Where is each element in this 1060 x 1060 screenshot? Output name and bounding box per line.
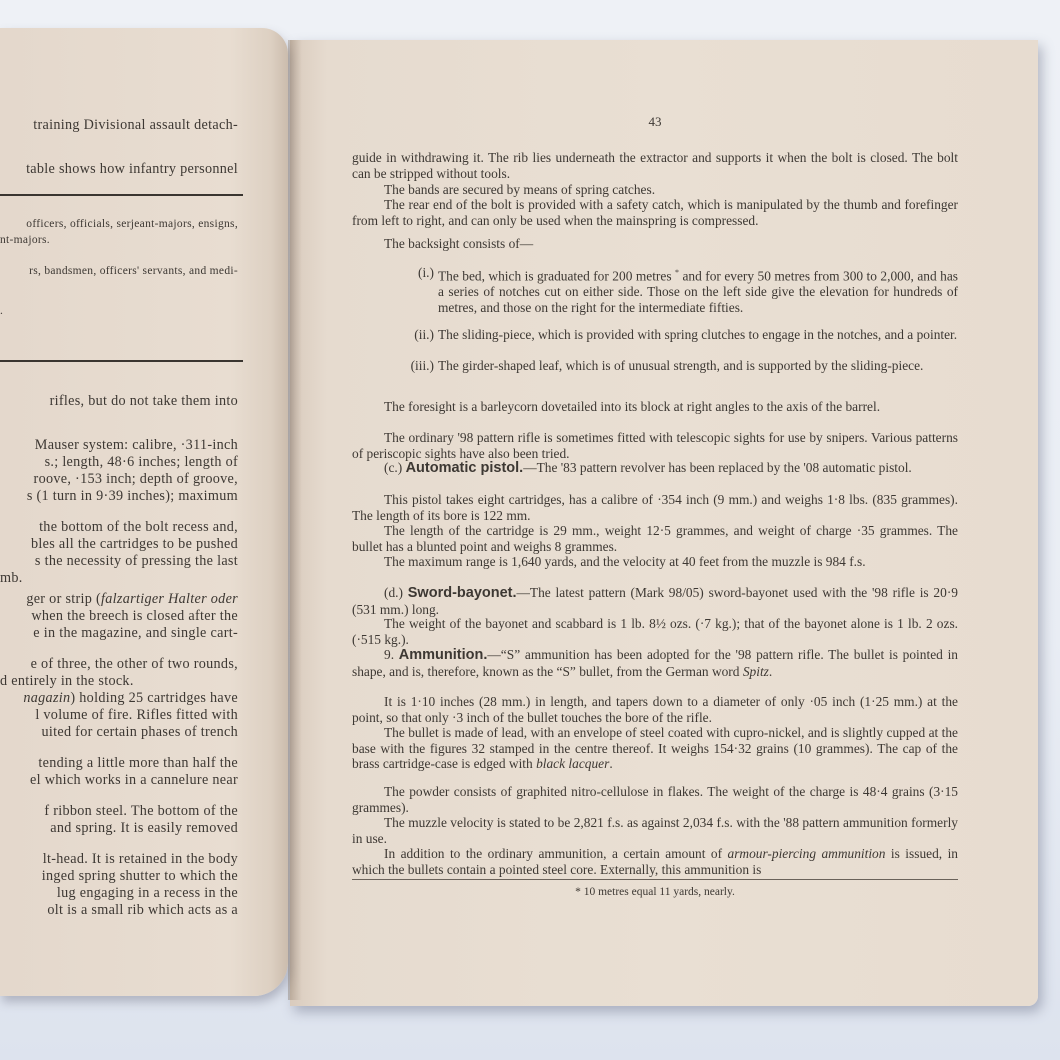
left-page-line: lug engaging in a recess in the (0, 884, 238, 902)
left-page-line: lt-head. It is retained in the body (0, 850, 238, 868)
page-number: 43 (352, 114, 958, 130)
left-page: training Divisional assault detach-table… (0, 28, 288, 996)
paragraph-bayonet-weight: The weight of the bayonet and scabbard i… (352, 616, 958, 647)
section-automatic-pistol: (c.) Automatic pistol.—The '83 pattern r… (352, 460, 958, 477)
paragraph-bullet-length: It is 1·10 inches (28 mm.) in length, an… (352, 694, 958, 725)
paragraph-range: The maximum range is 1,640 yards, and th… (352, 554, 958, 570)
left-page-line: and spring. It is easily removed (0, 819, 238, 837)
section-ammunition: 9. Ammunition.—“S” ammunition has been a… (352, 647, 958, 679)
left-page-line: d entirely in the stock. (0, 672, 288, 690)
right-page: 43 guide in withdrawing it. The rib lies… (290, 40, 1038, 1006)
left-page-line: training Divisional assault detach- (0, 116, 238, 134)
left-page-line: nt-majors. (0, 231, 288, 249)
left-page-line: mb. (0, 569, 288, 587)
backsight-item-bed: (i.) The bed, which is graduated for 200… (438, 265, 958, 315)
left-page-line: Mauser system: calibre, ·311-inch (0, 436, 238, 454)
paragraph-muzzle-velocity: The muzzle velocity is stated to be 2,82… (352, 815, 958, 846)
paragraph-bands: The bands are secured by means of spring… (352, 182, 958, 198)
paragraph-bullet-construction: The bullet is made of lead, with an enve… (352, 725, 958, 772)
left-page-line: rifles, but do not take them into (0, 392, 238, 410)
section-sword-bayonet: (d.) Sword-bayonet.—The latest pattern (… (352, 585, 958, 617)
left-page-line: table shows how infantry personnel (0, 160, 238, 178)
heading-sword-bayonet: Sword-bayonet. (408, 585, 517, 601)
backsight-item-sliding-piece: (ii.) The sliding-piece, which is provid… (438, 327, 958, 343)
left-page-line: olt is a small rib which acts as a (0, 901, 238, 919)
heading-ammunition: Ammunition. (399, 647, 488, 663)
paragraph-bolt-guide: guide in withdrawing it. The rib lies un… (352, 150, 958, 181)
left-page-line: roove, ·153 inch; depth of groove, (0, 470, 238, 488)
footnote: * 10 metres equal 11 yards, nearly. (352, 886, 958, 898)
heading-automatic-pistol: Automatic pistol. (406, 460, 524, 476)
paragraph-foresight: The foresight is a barleycorn dovetailed… (352, 399, 958, 415)
left-page-line: the bottom of the bolt recess and, (0, 518, 238, 536)
left-page-line: bles all the cartridges to be pushed (0, 535, 238, 553)
left-page-line: s the necessity of pressing the last (0, 552, 238, 570)
left-page-line: inged spring shutter to which the (0, 867, 238, 885)
left-page-rule (0, 194, 243, 196)
left-page-line: s.; length, 48·6 inches; length of (0, 453, 238, 471)
gutter-shadow (288, 40, 302, 1000)
left-page-line: l volume of fire. Rifles fitted with (0, 706, 238, 724)
paragraph-pistol-specs: This pistol takes eight cartridges, has … (352, 492, 958, 523)
paragraph-powder: The powder consists of graphited nitro-c… (352, 784, 958, 815)
footnote-divider (352, 879, 958, 880)
left-page-line: ger or strip (falzartiger Halter oder (0, 590, 238, 608)
backsight-item-leaf: (iii.) The girder-shaped leaf, which is … (438, 358, 958, 374)
left-page-line: el which works in a cannelure near (0, 771, 238, 789)
left-page-line: e in the magazine, and single cart- (0, 624, 238, 642)
paragraph-safety-catch: The rear end of the bolt is provided wit… (352, 197, 958, 228)
paragraph-telescopic-sights: The ordinary '98 pattern rifle is someti… (352, 430, 958, 461)
left-page-line: e of three, the other of two rounds, (0, 655, 238, 673)
left-page-line: rs, bandsmen, officers' servants, and me… (0, 262, 238, 280)
paragraph-backsight-intro: The backsight consists of— (352, 236, 958, 252)
left-page-line: f ribbon steel. The bottom of the (0, 802, 238, 820)
left-page-line: tending a little more than half the (0, 754, 238, 772)
left-page-line: uited for certain phases of trench (0, 723, 238, 741)
left-page-line: . (0, 302, 288, 320)
left-page-line: when the breech is closed after the (0, 607, 238, 625)
paragraph-cartridge: The length of the cartridge is 29 mm., w… (352, 523, 958, 554)
paragraph-armour-piercing: In addition to the ordinary ammunition, … (352, 846, 958, 877)
left-page-line: s (1 turn in 9·39 inches); maximum (0, 487, 238, 505)
left-page-line: nagazin) holding 25 cartridges have (0, 689, 238, 707)
left-page-rule (0, 360, 243, 362)
